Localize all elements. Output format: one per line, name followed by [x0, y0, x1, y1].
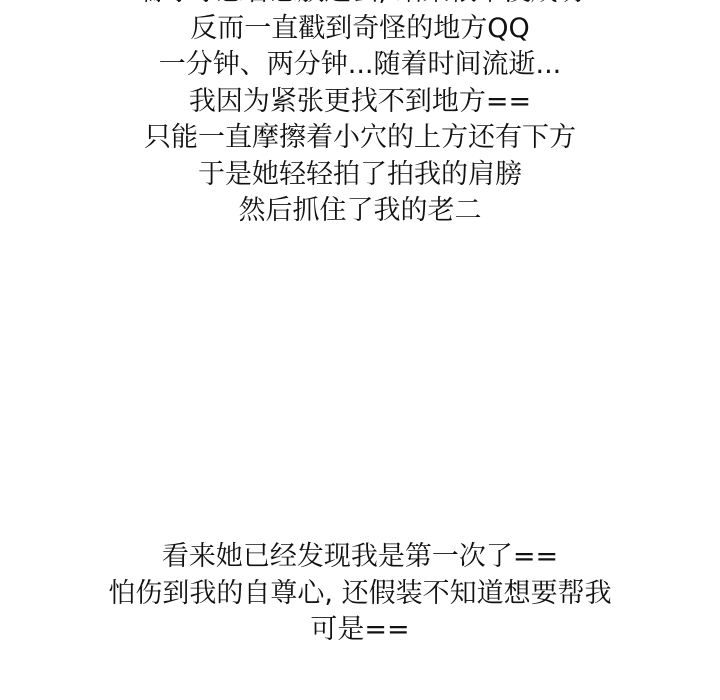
caption-line: 怕伤到我的自尊心, 还假装不知道想要帮我 — [0, 576, 720, 613]
caption-line: 然后抓住了我的老二 — [0, 193, 720, 230]
caption-line: 于是她轻轻拍了拍我的肩膀 — [0, 157, 720, 194]
caption-line: 看来她已经发现我是第一次了== — [0, 539, 720, 576]
caption-line: 我因为紧张更找不到地方== — [0, 84, 720, 121]
caption-block-bottom: 看来她已经发现我是第一次了== 怕伤到我的自尊心, 还假装不知道想要帮我 可是=… — [0, 539, 720, 649]
caption-block-top: 喘吁吁想着想放进去, 结果根本没成功 反而一直戳到奇怪的地方QQ 一分钟、两分钟… — [0, 0, 720, 230]
caption-line: 可是== — [0, 612, 720, 649]
caption-line-truncated: 喘吁吁想着想放进去, 结果根本没成功 — [0, 0, 720, 11]
caption-line: 一分钟、两分钟...随着时间流逝... — [0, 47, 720, 84]
comic-panel: 喘吁吁想着想放进去, 结果根本没成功 反而一直戳到奇怪的地方QQ 一分钟、两分钟… — [0, 0, 720, 700]
caption-line: 反而一直戳到奇怪的地方QQ — [0, 11, 720, 48]
caption-line: 只能一直摩擦着小穴的上方还有下方 — [0, 120, 720, 157]
